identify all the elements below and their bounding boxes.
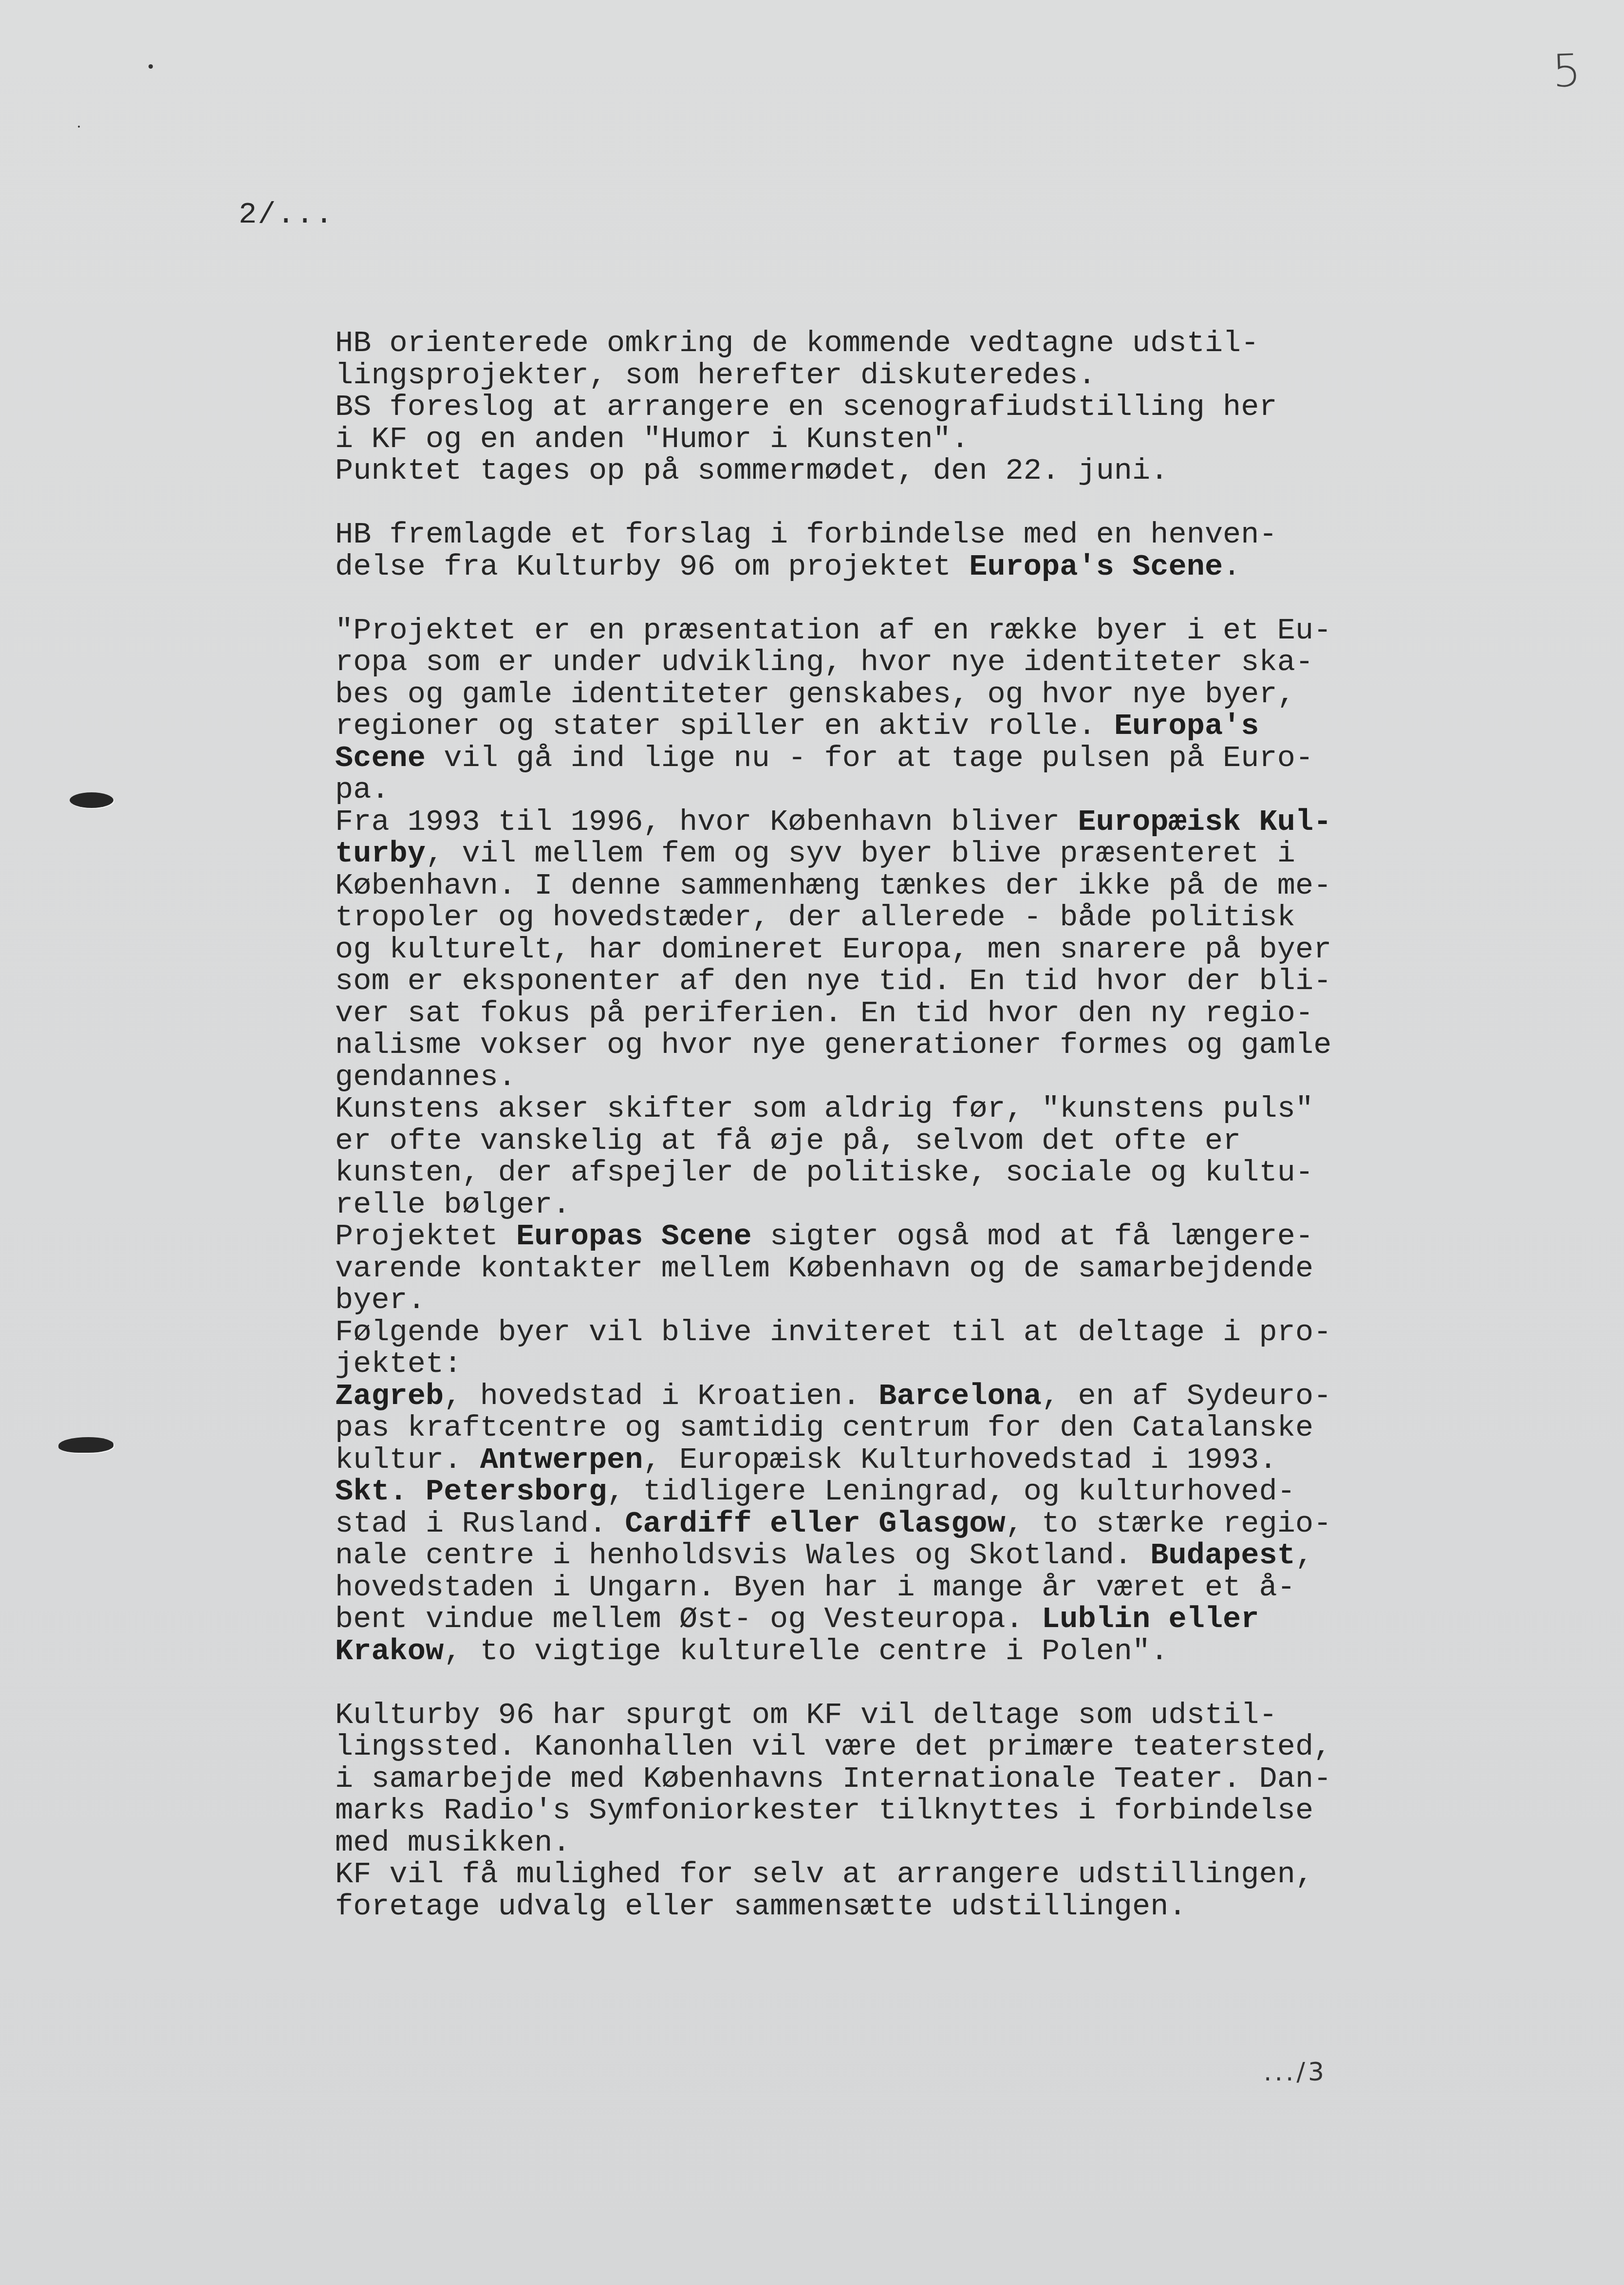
text-line: kunsten, der afspejler de politiske, soc… xyxy=(335,1157,1436,1189)
text-segment: vil gå ind lige nu - for at tage pulsen … xyxy=(426,741,1313,775)
bold-text: Europa's Scene xyxy=(969,549,1223,584)
paper-speck xyxy=(78,126,80,128)
text-line: Kunstens akser skifter som aldrig før, "… xyxy=(335,1093,1436,1125)
text-segment: i samarbejde med Københavns Internationa… xyxy=(335,1761,1331,1796)
text-line: og kulturelt, har domineret Europa, men … xyxy=(335,934,1436,966)
text-segment: , to vigtige kulturelle centre i Polen". xyxy=(444,1634,1168,1668)
text-segment: pas kraftcentre og samtidig centrum for … xyxy=(335,1410,1313,1445)
text-line: relle bølger. xyxy=(335,1189,1436,1221)
text-segment: byer. xyxy=(335,1283,426,1317)
text-segment: , vil mellem fem og syv byer blive præse… xyxy=(426,836,1295,871)
text-line: HB orienterede omkring de kommende vedta… xyxy=(335,327,1436,359)
text-segment: sigter også mod at få længere- xyxy=(752,1219,1313,1254)
bold-text: Antwerpen xyxy=(480,1442,643,1477)
text-segment: , xyxy=(1295,1538,1313,1573)
text-segment: stad i Rusland. xyxy=(335,1506,625,1541)
text-line: marks Radio's Symfoniorkester tilknyttes… xyxy=(335,1795,1436,1827)
text-line: er ofte vanskelig at få øje på, selvom d… xyxy=(335,1125,1436,1157)
bold-text: Scene xyxy=(335,741,426,775)
text-segment: KF vil få mulighed for selv at arrangere… xyxy=(335,1857,1313,1892)
text-segment: jektet: xyxy=(335,1347,462,1381)
bold-text: Cardiff eller Glasgow xyxy=(625,1506,1005,1541)
text-segment: København. I denne sammenhæng tænkes der… xyxy=(335,868,1331,903)
text-line: Fra 1993 til 1996, hvor København bliver… xyxy=(335,806,1436,838)
text-segment: nale centre i henholdsvis Wales og Skotl… xyxy=(335,1538,1150,1573)
paragraph-spacer xyxy=(335,1667,1436,1699)
continued-from-marker: 2/... xyxy=(239,197,334,232)
text-segment: Fra 1993 til 1996, hvor København bliver xyxy=(335,805,1078,839)
text-segment: relle bølger. xyxy=(335,1187,571,1222)
text-segment: , to stærke regio- xyxy=(1006,1506,1332,1541)
text-segment: lingsprojekter, som herefter diskuterede… xyxy=(335,358,1096,393)
text-line: bent vindue mellem Øst- og Vesteuropa. L… xyxy=(335,1603,1436,1635)
text-segment: Projektet xyxy=(335,1219,516,1254)
text-line: Projektet Europas Scene sigter også mod … xyxy=(335,1220,1436,1253)
bold-text: Krakow xyxy=(335,1634,444,1668)
text-line: HB fremlagde et forslag i forbindelse me… xyxy=(335,519,1436,551)
text-line: Zagreb, hovedstad i Kroatien. Barcelona,… xyxy=(335,1380,1436,1412)
text-line: gendannes. xyxy=(335,1061,1436,1093)
text-segment: BS foreslog at arrangere en scenografiud… xyxy=(335,390,1277,424)
text-segment: Følgende byer vil blive inviteret til at… xyxy=(335,1315,1331,1349)
text-segment: marks Radio's Symfoniorkester tilknyttes… xyxy=(335,1793,1313,1828)
text-segment: ropa som er under udvikling, hvor nye id… xyxy=(335,645,1313,679)
text-line: Krakow, to vigtige kulturelle centre i P… xyxy=(335,1635,1436,1667)
text-segment: Kulturby 96 har spurgt om KF vil deltage… xyxy=(335,1698,1277,1732)
text-line: hovedstaden i Ungarn. Byen har i mange å… xyxy=(335,1572,1436,1604)
text-line: Følgende byer vil blive inviteret til at… xyxy=(335,1316,1436,1349)
punch-hole-top xyxy=(70,792,113,808)
text-line: ropa som er under udvikling, hvor nye id… xyxy=(335,646,1436,678)
text-line: byer. xyxy=(335,1284,1436,1316)
text-segment: som er eksponenter af den nye tid. En ti… xyxy=(335,964,1331,998)
bold-text: Budapest xyxy=(1150,1538,1295,1573)
text-segment: bes og gamle identiteter genskabes, og h… xyxy=(335,677,1295,712)
text-line: "Projektet er en præsentation af en rækk… xyxy=(335,615,1436,647)
text-line: stad i Rusland. Cardiff eller Glasgow, t… xyxy=(335,1508,1436,1540)
text-segment: bent vindue mellem Øst- og Vesteuropa. xyxy=(335,1602,1042,1636)
text-line: BS foreslog at arrangere en scenografiud… xyxy=(335,391,1436,423)
text-line: lingsprojekter, som herefter diskuterede… xyxy=(335,359,1436,392)
text-line: KF vil få mulighed for selv at arrangere… xyxy=(335,1858,1436,1891)
text-segment: varende kontakter mellem København og de… xyxy=(335,1251,1313,1286)
text-segment: lingssted. Kanonhallen vil være det prim… xyxy=(335,1729,1331,1764)
text-line: Kulturby 96 har spurgt om KF vil deltage… xyxy=(335,1699,1436,1731)
text-segment: pa. xyxy=(335,772,390,807)
text-line: pas kraftcentre og samtidig centrum for … xyxy=(335,1412,1436,1444)
text-line: Punktet tages op på sommermødet, den 22.… xyxy=(335,455,1436,487)
text-segment: , hovedstad i Kroatien. xyxy=(444,1379,878,1413)
text-segment: gendannes. xyxy=(335,1060,516,1094)
text-line: København. I denne sammenhæng tænkes der… xyxy=(335,870,1436,902)
bold-text: turby xyxy=(335,836,426,871)
text-segment: og kulturelt, har domineret Europa, men … xyxy=(335,932,1331,967)
text-line: nalisme vokser og hvor nye generationer … xyxy=(335,1029,1436,1061)
text-line: ver sat fokus på periferien. En tid hvor… xyxy=(335,997,1436,1030)
text-segment: delse fra Kulturby 96 om projektet xyxy=(335,549,969,584)
text-line: Scene vil gå ind lige nu - for at tage p… xyxy=(335,742,1436,774)
bold-text: Europa's xyxy=(1114,709,1259,743)
paragraph-spacer xyxy=(335,582,1436,615)
text-line: delse fra Kulturby 96 om projektet Europ… xyxy=(335,551,1436,583)
text-segment: HB orienterede omkring de kommende vedta… xyxy=(335,326,1259,360)
text-line: i samarbejde med Københavns Internationa… xyxy=(335,1763,1436,1795)
text-line: kultur. Antwerpen, Europæisk Kulturhoved… xyxy=(335,1444,1436,1476)
paragraph-spacer xyxy=(335,487,1436,519)
bold-text: Skt. Petersborg xyxy=(335,1474,607,1509)
text-segment: ver sat fokus på periferien. En tid hvor… xyxy=(335,996,1313,1030)
text-segment: . xyxy=(1223,549,1241,584)
text-line: foretage udvalg eller sammensætte udstil… xyxy=(335,1891,1436,1923)
text-line: med musikken. xyxy=(335,1827,1436,1859)
punch-hole-bottom xyxy=(58,1437,113,1453)
text-line: regioner og stater spiller en aktiv roll… xyxy=(335,710,1436,742)
text-segment: "Projektet er en præsentation af en rækk… xyxy=(335,613,1331,648)
text-segment: i KF og en anden "Humor i Kunsten". xyxy=(335,422,969,456)
text-line: bes og gamle identiteter genskabes, og h… xyxy=(335,678,1436,711)
paragraph: HB orienterede omkring de kommende vedta… xyxy=(335,327,1436,487)
text-segment: Kunstens akser skifter som aldrig før, "… xyxy=(335,1091,1313,1126)
handwritten-page-number: 5 xyxy=(1551,44,1582,97)
text-segment: kunsten, der afspejler de politiske, soc… xyxy=(335,1155,1313,1190)
text-line: turby, vil mellem fem og syv byer blive … xyxy=(335,838,1436,870)
text-segment: kultur. xyxy=(335,1442,480,1477)
text-segment: nalisme vokser og hvor nye generationer … xyxy=(335,1028,1331,1062)
text-line: som er eksponenter af den nye tid. En ti… xyxy=(335,965,1436,997)
continued-to-marker: .../3 xyxy=(1264,2058,1327,2087)
text-line: Skt. Petersborg, tidligere Leningrad, og… xyxy=(335,1476,1436,1508)
text-line: jektet: xyxy=(335,1348,1436,1380)
text-line: tropoler og hovedstæder, der allerede - … xyxy=(335,901,1436,934)
text-segment: foretage udvalg eller sammensætte udstil… xyxy=(335,1889,1187,1924)
paragraph: HB fremlagde et forslag i forbindelse me… xyxy=(335,519,1436,582)
text-segment: tropoler og hovedstæder, der allerede - … xyxy=(335,900,1295,935)
paragraph: Kulturby 96 har spurgt om KF vil deltage… xyxy=(335,1699,1436,1923)
bold-text: Barcelona xyxy=(878,1379,1042,1413)
text-segment: HB fremlagde et forslag i forbindelse me… xyxy=(335,517,1277,552)
text-segment: regioner og stater spiller en aktiv roll… xyxy=(335,709,1114,743)
bold-text: Zagreb xyxy=(335,1379,444,1413)
text-line: varende kontakter mellem København og de… xyxy=(335,1253,1436,1285)
bold-text: Lublin eller xyxy=(1042,1602,1259,1636)
text-segment: Punktet tages op på sommermødet, den 22.… xyxy=(335,453,1168,488)
paper-speck xyxy=(149,64,153,69)
text-line: lingssted. Kanonhallen vil være det prim… xyxy=(335,1731,1436,1763)
document-body: HB orienterede omkring de kommende vedta… xyxy=(335,327,1436,1922)
text-segment: , Europæisk Kulturhovedstad i 1993. xyxy=(643,1442,1277,1477)
bold-text: Europas Scene xyxy=(516,1219,752,1254)
text-segment: , en af Sydeuro- xyxy=(1042,1379,1331,1413)
paragraph: "Projektet er en præsentation af en rækk… xyxy=(335,615,1436,1667)
text-segment: med musikken. xyxy=(335,1825,571,1860)
text-segment: er ofte vanskelig at få øje på, selvom d… xyxy=(335,1124,1241,1158)
text-line: i KF og en anden "Humor i Kunsten". xyxy=(335,423,1436,455)
text-segment: hovedstaden i Ungarn. Byen har i mange å… xyxy=(335,1570,1295,1605)
text-line: pa. xyxy=(335,774,1436,806)
document-page: 5 2/... HB orienterede omkring de kommen… xyxy=(0,0,1624,2285)
bold-text: Europæisk Kul- xyxy=(1078,805,1331,839)
text-segment: , tidligere Leningrad, og kulturhoved- xyxy=(607,1474,1295,1509)
text-line: nale centre i henholdsvis Wales og Skotl… xyxy=(335,1539,1436,1572)
